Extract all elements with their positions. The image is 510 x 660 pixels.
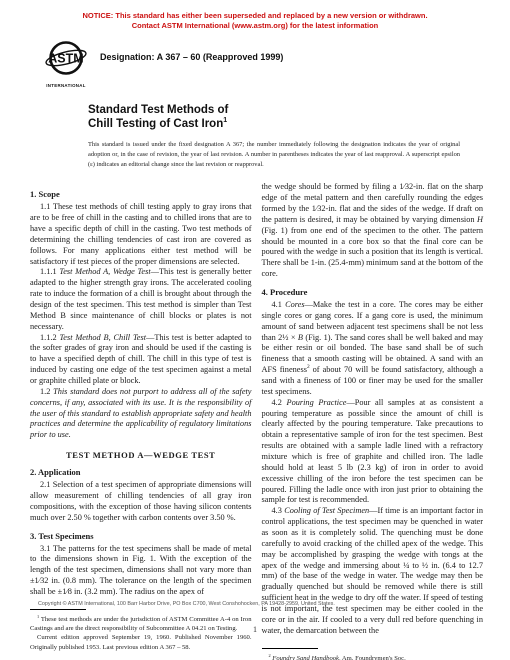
title-line-2: Chill Testing of Cast Iron — [88, 118, 223, 130]
paragraph: the wedge should be formed by filing a 1… — [262, 182, 484, 280]
copyright-line: Copyright © ASTM International, 100 Barr… — [38, 601, 335, 607]
method-heading: TEST METHOD A—WEDGE TEST — [30, 450, 252, 460]
paragraph: 4.2 Pouring Practice—Pour all samples at… — [262, 398, 484, 507]
astm-logo-wordmark: INTERNATIONAL — [44, 83, 88, 88]
notice-line-2: Contact ASTM International (www.astm.org… — [0, 21, 510, 31]
astm-logo: ASTM INTERNATIONAL — [44, 39, 88, 88]
paragraph: 4.3 Cooling of Test Specimen—If time is … — [262, 506, 484, 636]
right-column: the wedge should be formed by filing a 1… — [262, 182, 484, 660]
paragraph: 2.1 Selection of a test specimen of appr… — [30, 480, 252, 523]
page-number: 1 — [0, 625, 510, 634]
paragraph: 1.1 These test methods of chill testing … — [30, 202, 252, 267]
superseded-notice: NOTICE: This standard has either been su… — [0, 0, 510, 31]
designation-text: Designation: A 367 – 60 (Reapproved 1999… — [100, 52, 283, 62]
footnote: 2 Foundry Sand Handbook, Am. Foundrymen'… — [262, 654, 484, 660]
footnote: Current edition approved September 19, 1… — [30, 633, 252, 651]
section-heading: 2. Application — [30, 467, 252, 477]
body-columns: 1. Scope1.1 These test methods of chill … — [30, 182, 483, 660]
title-footnote-marker: 1 — [223, 117, 227, 124]
footnote-rule — [30, 609, 86, 610]
notice-line-1: NOTICE: This standard has either been su… — [0, 11, 510, 21]
paragraph: 3.1 The patterns for the test specimens … — [30, 544, 252, 598]
section-heading: 4. Procedure — [262, 287, 484, 297]
paragraph: 1.1.1 Test Method A, Wedge Test—This tes… — [30, 267, 252, 332]
left-column: 1. Scope1.1 These test methods of chill … — [30, 182, 252, 660]
designation-header: ASTM INTERNATIONAL Designation: A 367 – … — [44, 39, 510, 88]
title-line-1: Standard Test Methods of — [88, 104, 228, 116]
svg-text:ASTM: ASTM — [48, 52, 83, 66]
paragraph: 1.1.2 Test Method B, Chill Test—This tes… — [30, 333, 252, 387]
paragraph: 1.2 This standard does not purport to ad… — [30, 387, 252, 441]
document-title: Standard Test Methods of Chill Testing o… — [88, 104, 510, 131]
document-page: NOTICE: This standard has either been su… — [0, 0, 510, 660]
astm-logo-mark: ASTM — [45, 39, 87, 79]
paragraph: 4.1 Cores—Make the test in a core. The c… — [262, 300, 484, 398]
section-heading: 3. Test Specimens — [30, 531, 252, 541]
footnote-rule — [262, 648, 318, 649]
section-heading: 1. Scope — [30, 189, 252, 199]
issuance-note: This standard is issued under the fixed … — [88, 140, 460, 169]
